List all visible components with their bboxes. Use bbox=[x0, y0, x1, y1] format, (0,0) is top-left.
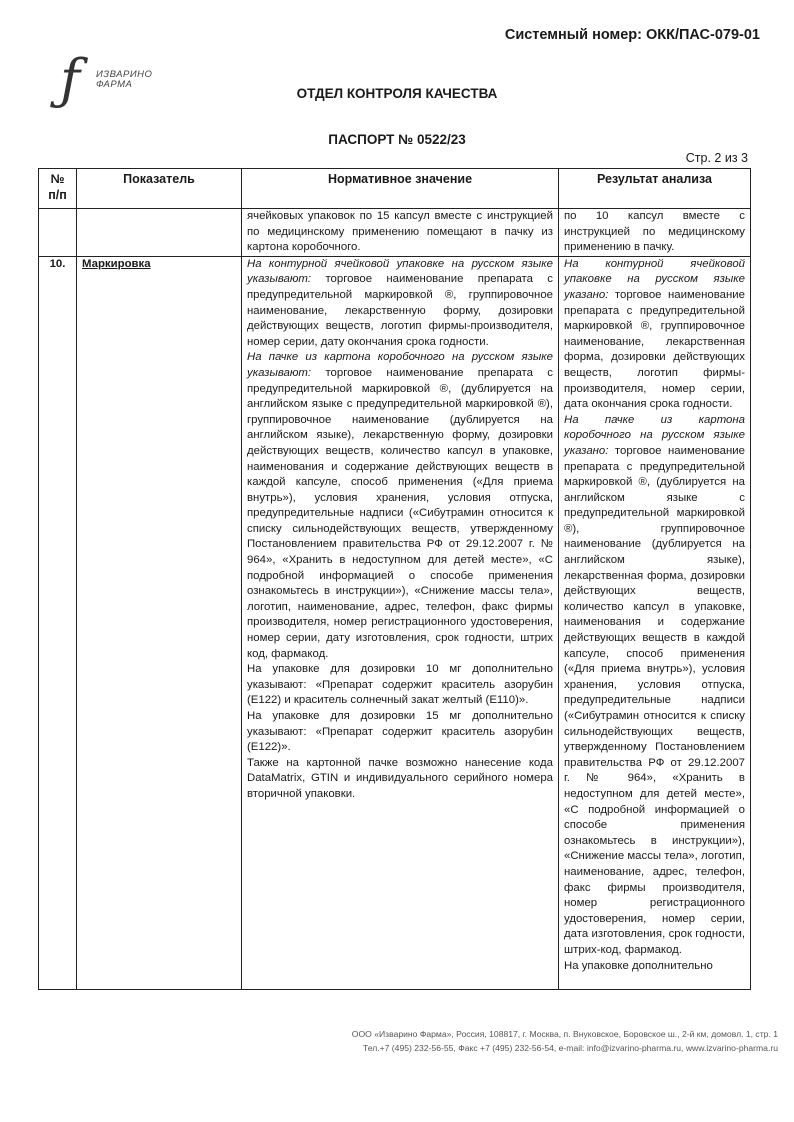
page-number: Стр. 2 из 3 bbox=[686, 151, 748, 165]
company-logo: ƒ ИЗВАРИНО ФАРМА bbox=[56, 50, 146, 112]
passport-number: ПАСПОРТ № 0522/23 bbox=[0, 132, 794, 147]
company-footer: ООО «Изварино Фарма», Россия, 108817, г.… bbox=[238, 1027, 778, 1055]
result-blister-paragraph: На контурной ячейковой упаковке на русск… bbox=[564, 257, 745, 413]
col-header-norm: Нормативное значение bbox=[242, 169, 559, 209]
col-header-indicator: Показатель bbox=[77, 169, 242, 209]
logo-mark-icon: ƒ bbox=[60, 50, 80, 110]
row-norm: ячейковых упаковок по 15 капсул вместе с… bbox=[242, 209, 559, 257]
row-indicator: Маркировка bbox=[77, 256, 242, 989]
col-header-result: Результат анализа bbox=[559, 169, 751, 209]
norm-blister-paragraph: На контурной ячейковой упаковке на русск… bbox=[247, 257, 553, 351]
passport-table: № п/п Показатель Нормативное значение Ре… bbox=[38, 168, 751, 990]
result-carton-paragraph: На пачке из картона коробочного на русск… bbox=[564, 413, 745, 959]
footer-contacts: Тел.+7 (495) 232-56-55, Факс +7 (495) 23… bbox=[238, 1041, 778, 1055]
row-indicator bbox=[77, 209, 242, 257]
norm-datamatrix-paragraph: Также на картонной пачке возможно нанесе… bbox=[247, 756, 553, 803]
norm-dose15-paragraph: На упаковке для дозировки 15 мг дополнит… bbox=[247, 709, 553, 756]
result-extra-paragraph: На упаковке дополнительно bbox=[564, 959, 745, 975]
row-result: по 10 капсул вместе с инструкцией по мед… bbox=[559, 209, 751, 257]
table-row: 10. Маркировка На контурной ячейковой уп… bbox=[39, 256, 751, 989]
col-header-number: № п/п bbox=[39, 169, 77, 209]
norm-dose10-paragraph: На упаковке для дозировки 10 мг дополнит… bbox=[247, 662, 553, 709]
table-header-row: № п/п Показатель Нормативное значение Ре… bbox=[39, 169, 751, 209]
row-result: На контурной ячейковой упаковке на русск… bbox=[559, 256, 751, 989]
system-number: Системный номер: ОКК/ПАС-079-01 bbox=[505, 27, 760, 43]
footer-address: ООО «Изварино Фарма», Россия, 108817, г.… bbox=[238, 1027, 778, 1041]
row-number bbox=[39, 209, 77, 257]
table-row: ячейковых упаковок по 15 капсул вместе с… bbox=[39, 209, 751, 257]
row-norm: На контурной ячейковой упаковке на русск… bbox=[242, 256, 559, 989]
norm-carton-paragraph: На пачке из картона коробочного на русск… bbox=[247, 350, 553, 662]
row-number: 10. bbox=[39, 256, 77, 989]
department-title: ОТДЕЛ КОНТРОЛЯ КАЧЕСТВА bbox=[0, 86, 794, 101]
